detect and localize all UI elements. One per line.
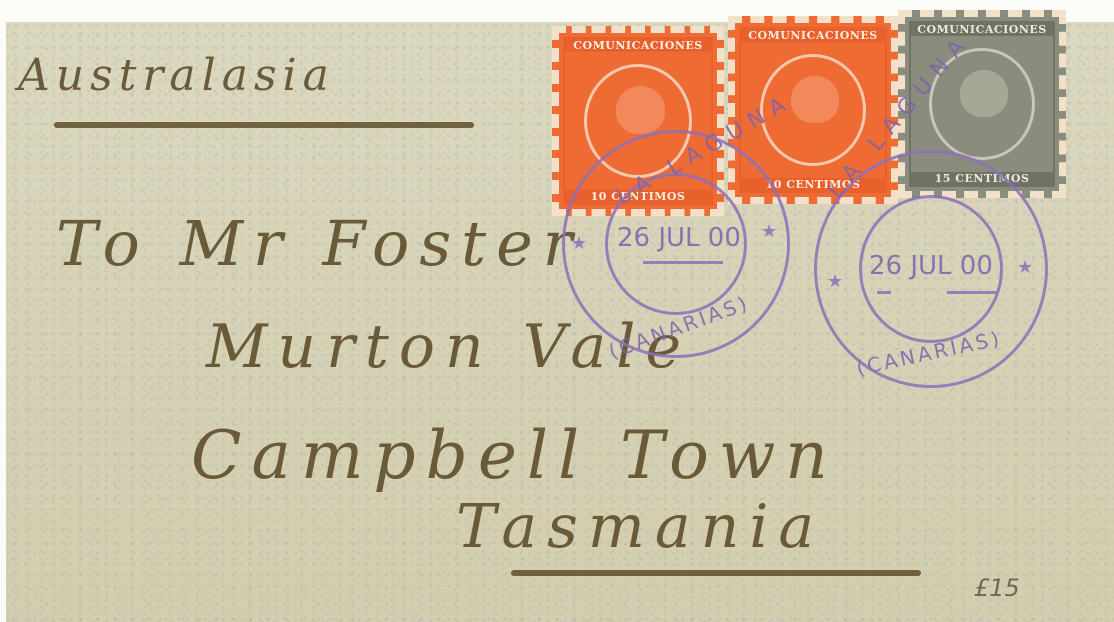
address-line-1: To Mr Foster <box>56 207 582 280</box>
star-icon: ★ <box>1017 257 1033 278</box>
destination-underline <box>54 122 474 128</box>
postmark-1: LA LAGUNA 26 JUL 00 (CANARIAS) ★ ★ <box>562 130 790 358</box>
star-icon: ★ <box>761 221 777 242</box>
pencil-price-note: £15 <box>974 574 1020 602</box>
postmark-2: LA LAGUNA 26 JUL 00 (CANARIAS) ★ ★ <box>814 150 1048 388</box>
destination-note: Australasia <box>18 50 335 101</box>
tasmania-underline <box>511 570 921 576</box>
stamp-header: COMUNICACIONES <box>911 23 1053 36</box>
star-icon: ★ <box>571 233 587 254</box>
envelope: Australasia To Mr Foster Murton Vale Cam… <box>6 22 1114 622</box>
stamp-header: COMUNICACIONES <box>565 39 711 52</box>
address-line-4: Tasmania <box>456 492 824 562</box>
postmark-date: 26 JUL 00 <box>617 223 741 253</box>
postmark-date: 26 JUL 00 <box>869 251 993 281</box>
address-line-3: Campbell Town <box>191 417 838 494</box>
star-icon: ★ <box>827 271 843 292</box>
stamp-header: COMUNICACIONES <box>741 29 885 42</box>
